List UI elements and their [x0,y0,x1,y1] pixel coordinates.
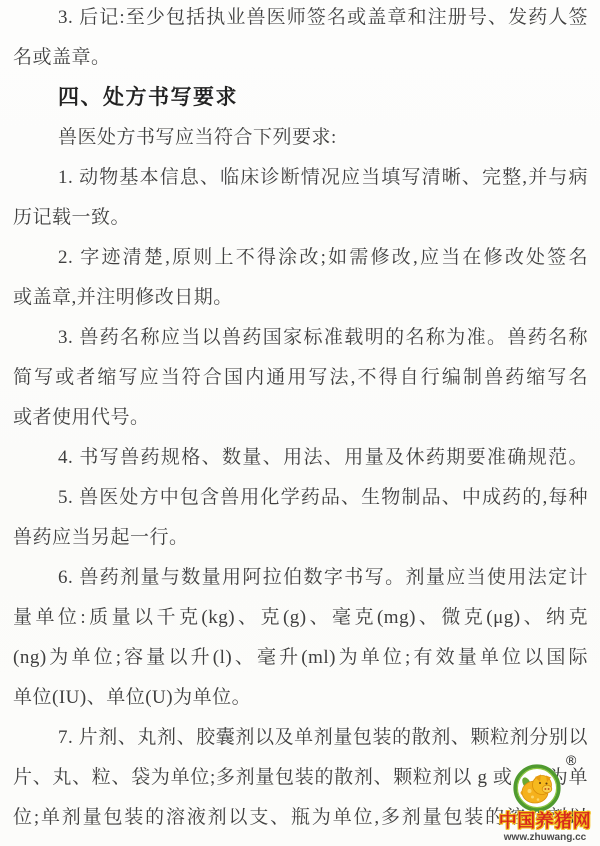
text-line: 3. 兽药名称应当以兽药国家标准载明的名称为准。兽药名称 [13,318,588,358]
registered-trademark-icon: ® [566,752,576,768]
text-line: 3. 后记:至少包括执业兽医师签名或盖章和注册号、发药人签 [13,0,588,38]
text-line: 4. 书写兽药规格、数量、用法、用量及休药期要准确规范。 [13,438,588,478]
watermark-site-url: www.zhuwang.cc [492,832,598,843]
text-line: 兽医处方书写应当符合下列要求: [13,118,588,158]
text-line: 简写或者缩写应当符合国内通用写法,不得自行编制兽药缩写名 [13,358,588,398]
document-body: 3. 后记:至少包括执业兽医师签名或盖章和注册号、发药人签名或盖章。四、处方书写… [13,0,588,838]
text-line: 1. 动物基本信息、临床诊断情况应当填写清晰、完整,并与病 [13,158,588,198]
text-line: 历记载一致。 [13,198,588,238]
text-line: 量单位:质量以千克(kg)、克(g)、毫克(mg)、微克(μg)、纳克 [13,598,588,638]
text-line: 2. 字迹清楚,原则上不得涂改;如需修改,应当在修改处签名 [13,238,588,278]
site-watermark: ® 中国养猪网 www.zhuwang.cc [492,748,598,846]
watermark-site-name: 中国养猪网 [494,810,596,832]
text-line: 或者使用代号。 [13,398,588,438]
document-page: 3. 后记:至少包括执业兽医师签名或盖章和注册号、发药人签名或盖章。四、处方书写… [0,0,600,846]
text-line: 或盖章,并注明修改日期。 [13,278,588,318]
text-line: 6. 兽药剂量与数量用阿拉伯数字书写。剂量应当使用法定计 [13,558,588,598]
text-line: 名或盖章。 [13,38,588,78]
text-line: 兽药应当另起一行。 [13,518,588,558]
text-line: 单位(IU)、单位(U)为单位。 [13,678,588,718]
text-line: 5. 兽医处方中包含兽用化学药品、生物制品、中成药的,每种 [13,478,588,518]
pig-mascot-icon [513,764,561,812]
section-heading: 四、处方书写要求 [13,78,588,118]
text-line: (ng)为单位;容量以升(l)、毫升(ml)为单位;有效量单位以国际 [13,638,588,678]
